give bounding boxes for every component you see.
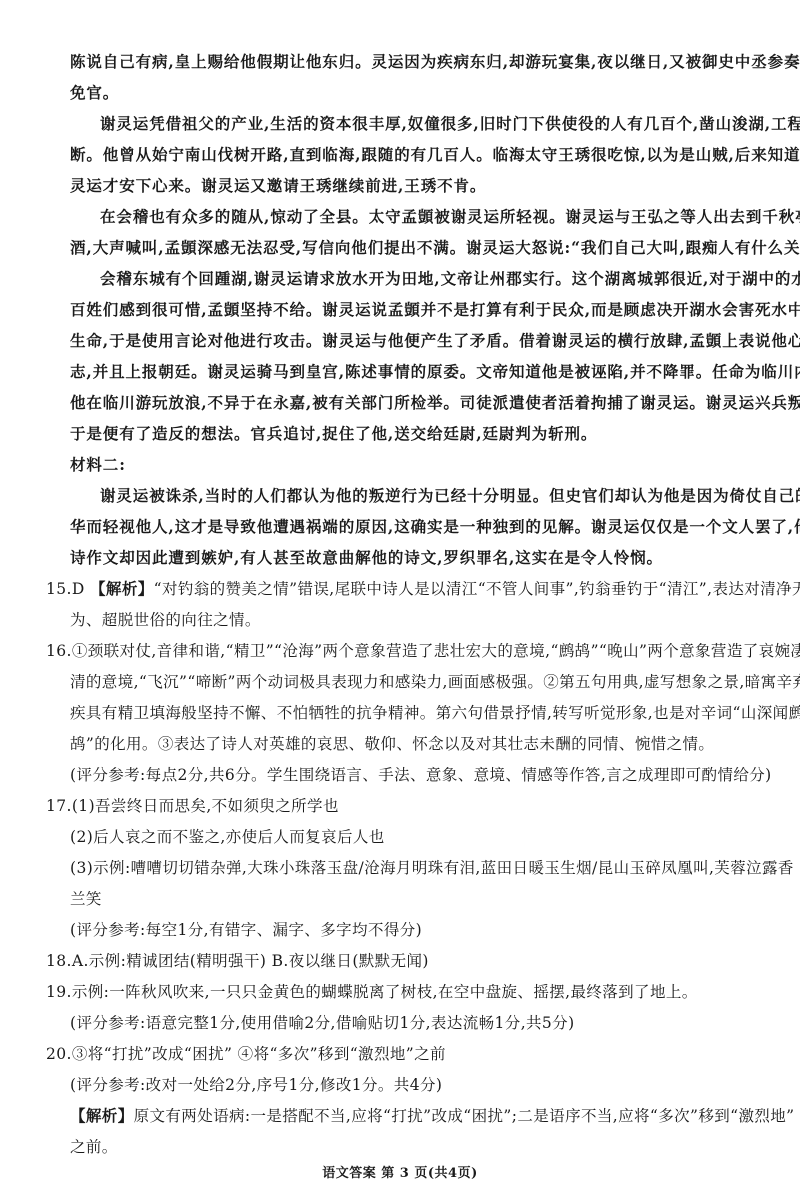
- material1-paragraph-start: 会稽东城有个回踵湖,谢灵运请求放水开为田地,文帝让州郡实行。这个湖离城郭很近,对…: [100, 269, 770, 289]
- answer-16-line: 鸪”的化用。③表达了诗人对英雄的哀思、敬仰、怀念以及对其壮志未酬的同情、惋惜之情…: [70, 734, 770, 754]
- answer-17: 17.(1)吾尝终日而思矣,不如须臾之所学也: [46, 796, 770, 816]
- material1-line: 于是便有了造反的想法。官兵追讨,捉住了他,送交给廷尉,廷尉判为斩刑。: [70, 424, 770, 444]
- material2-line: 诗作文却因此遭到嫉妒,有人甚至故意曲解他的诗文,罗织罪名,这实在是令人怜悯。: [70, 548, 770, 568]
- material2-paragraph-start: 谢灵运被诛杀,当时的人们都认为他的叛逆行为已经十分明显。但史官们却认为他是因为倚…: [100, 486, 770, 506]
- analysis-tag: 【解析】: [70, 1106, 134, 1125]
- answer-16-line: 清的意境,“飞沉”“啼断”两个动词极具表现力和感染力,画面感极强。②第五句用典,…: [70, 672, 770, 692]
- question-number: 16.: [46, 642, 72, 660]
- question-number: 15.D: [46, 580, 85, 598]
- answer-20-analysis-line: 之前。: [70, 1137, 770, 1157]
- material1-line: 他在临川游玩放浪,不异于在永嘉,被有关部门所检举。司徒派遣使者活着拘捕了谢灵运。…: [70, 393, 770, 413]
- answer-text: (1)吾尝终日而思矣,不如须臾之所学也: [72, 797, 339, 815]
- answer-20-scoring: (评分参考:改对一处给2分,序号1分,修改1分。共4分): [70, 1075, 770, 1095]
- answer-17-line: (2)后人哀之而不鉴之,亦使后人而复哀后人也: [70, 827, 770, 847]
- answer-text: ①颈联对仗,音律和谐,“精卫”“沧海”两个意象营造了悲壮宏大的意境,“鹧鸪”“晚…: [72, 642, 800, 660]
- answer-16-line: 疾具有精卫填海般坚持不懈、不怕牺牲的抗争精神。第六句借景抒情,转写听觉形象,也是…: [70, 703, 770, 723]
- answer-17-line: (3)示例:嘈嘈切切错杂弹,大珠小珠落玉盘/沧海月明珠有泪,蓝田日暖玉生烟/昆山…: [70, 858, 770, 878]
- answer-20-analysis: 【解析】原文有两处语病:一是搭配不当,应将“打扰”改成“困扰”;二是语序不当,应…: [70, 1106, 770, 1126]
- page-footer: 语文答案 第 3 页(共4页): [0, 1162, 800, 1181]
- answer-19: 19.示例:一阵秋风吹来,一只只金黄色的蝴蝶脱离了树枝,在空中盘旋、摇摆,最终落…: [46, 982, 770, 1002]
- answer-16: 16.①颈联对仗,音律和谐,“精卫”“沧海”两个意象营造了悲壮宏大的意境,“鹧鸪…: [46, 641, 770, 661]
- answer-15: 15.D 【解析】“对钓翁的赞美之情”错误,尾联中诗人是以清江“不管人间事”,钓…: [46, 579, 770, 599]
- answer-sheet-page: 陈说自己有病,皇上赐给他假期让他东归。灵运因为疾病东归,却游玩宴集,夜以继日,又…: [0, 0, 800, 1201]
- answer-20: 20.③将“打扰”改成“困扰” ④将“多次”移到“激烈地”之前: [46, 1044, 770, 1064]
- analysis-text: 原文有两处语病:一是搭配不当,应将“打扰”改成“困扰”;二是语序不当,应将“多次…: [134, 1107, 795, 1125]
- answer-17-line: 兰笑: [70, 889, 770, 909]
- material1-line: 酒,大声喊叫,孟顗深感无法忍受,写信向他们提出不满。谢灵运大怒说:“我们自己大叫…: [70, 238, 770, 258]
- material1-line: 志,并且上报朝廷。谢灵运骑马到皇宫,陈述事情的原委。文帝知道他是被诬陷,并不降罪…: [70, 362, 770, 382]
- material2-heading: 材料二:: [70, 455, 770, 475]
- answer-19-scoring: (评分参考:语意完整1分,使用借喻2分,借喻贴切1分,表达流畅1分,共5分): [70, 1013, 770, 1033]
- answer-16-scoring: (评分参考:每点2分,共6分。学生围绕语言、手法、意象、意境、情感等作答,言之成…: [70, 765, 770, 785]
- material1-paragraph-start: 谢灵运凭借祖父的产业,生活的资本很丰厚,奴僮很多,旧时门下供使役的人有几百个,凿…: [100, 114, 770, 134]
- answer-18: 18.A.示例:精诚团结(精明强干) B.夜以继日(默默无闻): [46, 951, 770, 971]
- material1-line: 灵运才安下心来。谢灵运又邀请王琇继续前进,王琇不肯。: [70, 176, 770, 196]
- material2-line: 华而轻视他人,这才是导致他遭遇祸端的原因,这确实是一种独到的见解。谢灵运仅仅是一…: [70, 517, 770, 537]
- material1-line: 断。他曾从始宁南山伐树开路,直到临海,跟随的有几百人。临海太守王琇很吃惊,以为是…: [70, 145, 770, 165]
- material1-line: 生命,于是使用言论对他进行攻击。谢灵运与他便产生了矛盾。借着谢灵运的横行放肆,孟…: [70, 331, 770, 351]
- material1-line: 百姓们感到很可惜,孟顗坚持不给。谢灵运说孟顗并不是打算有利于民众,而是顾虑决开湖…: [70, 300, 770, 320]
- answer-17-scoring: (评分参考:每空1分,有错字、漏字、多字均不得分): [70, 920, 770, 940]
- material1-line: 陈说自己有病,皇上赐给他假期让他东归。灵运因为疾病东归,却游玩宴集,夜以继日,又…: [70, 52, 770, 72]
- analysis-tag: 【解析】: [90, 579, 154, 598]
- question-number: 17.: [46, 797, 72, 815]
- answer-text: “对钓翁的赞美之情”错误,尾联中诗人是以清江“不管人间事”,钓翁垂钓于“清江”,…: [154, 580, 800, 598]
- material1-paragraph-start: 在会稽也有众多的随从,惊动了全县。太守孟顗被谢灵运所轻视。谢灵运与王弘之等人出去…: [100, 207, 770, 227]
- answer-15-line: 为、超脱世俗的向往之情。: [70, 610, 770, 630]
- material1-line: 免官。: [70, 83, 770, 103]
